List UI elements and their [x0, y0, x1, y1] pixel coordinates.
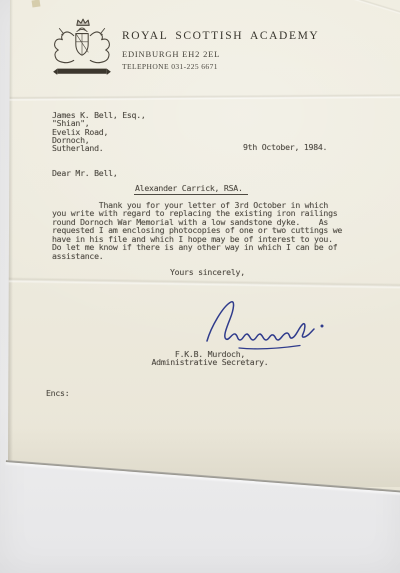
- organization-telephone: TELEPHONE 031-225 6671: [122, 63, 218, 71]
- fold-crease-top: [0, 94, 400, 102]
- rsa-crest-emblem: [49, 17, 115, 79]
- closing-valediction: Yours sincerely,: [170, 268, 245, 276]
- letter-body: Thank you for your letter of 3rd October…: [52, 201, 342, 260]
- letter-date: 9th October, 1984.: [243, 143, 327, 151]
- enclosures-note: Encs:: [46, 389, 69, 397]
- corner-wrinkle: [327, 0, 400, 19]
- organization-address: EDINBURGH EH2 2EL: [122, 50, 220, 59]
- subject-line: Alexander Carrick, RSA.: [134, 184, 248, 195]
- fold-crease-bottom: [0, 277, 400, 289]
- paper-bottom-shadow: [0, 425, 400, 487]
- salutation: Dear Mr. Bell,: [52, 169, 118, 177]
- signatory-block: F.K.B. Murdoch,Administrative Secretary.: [110, 350, 310, 367]
- scanned-letter: ROYAL SCOTTISH ACADEMY EDINBURGH EH2 2EL…: [0, 0, 400, 573]
- handwritten-signature: [197, 296, 337, 354]
- signatory-title: Administrative Secretary.: [152, 357, 269, 367]
- paper-left-edge-shadow: [8, 0, 13, 465]
- recipient-address-block: James K. Bell, Esq., "Shian", Evelix Roa…: [52, 111, 146, 152]
- tape-fragment: [32, 0, 41, 8]
- organization-name: ROYAL SCOTTISH ACADEMY: [122, 31, 319, 43]
